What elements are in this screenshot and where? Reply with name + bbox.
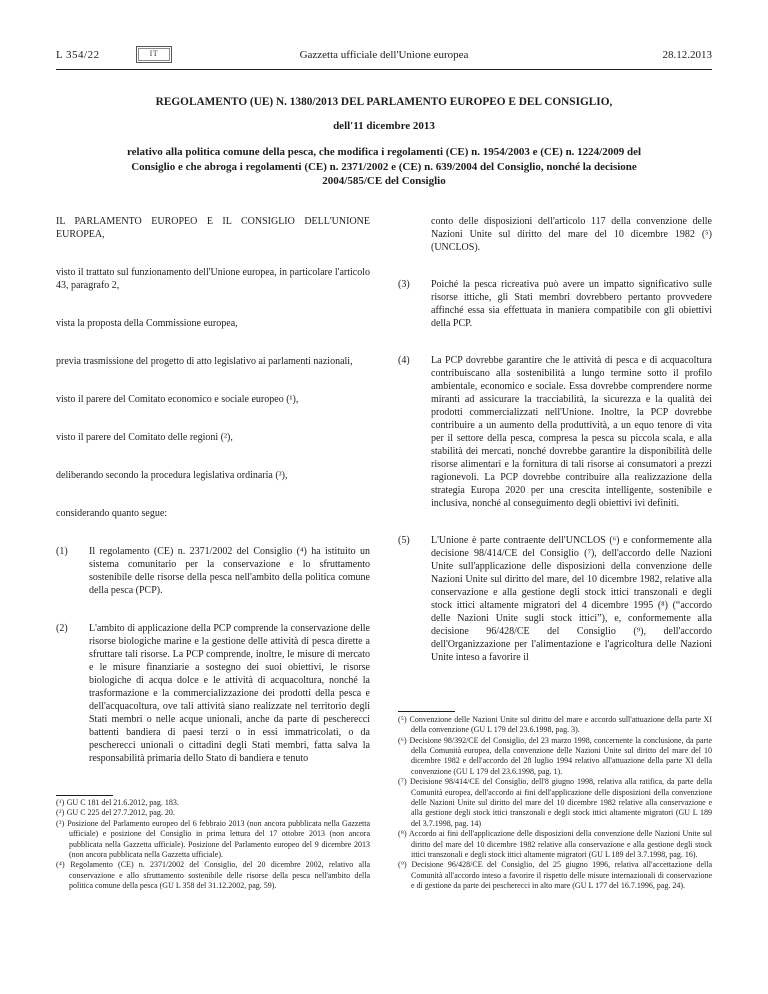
- page-header: L 354/22 IT Gazzetta ufficiale dell'Unio…: [56, 46, 712, 63]
- footnote-marker: (³): [56, 819, 65, 828]
- footnote-9: (⁹) Decisione 96/428/CE del Consiglio, d…: [398, 860, 712, 891]
- preamble-paragraph: IL PARLAMENTO EUROPEO E IL CONSIGLIO DEL…: [56, 215, 370, 241]
- recital-5: (5) L'Unione è parte contraente dell'UNC…: [398, 534, 712, 664]
- recital-number: (4): [398, 354, 431, 510]
- regulation-subject: relativo alla politica comune della pesc…: [56, 145, 712, 189]
- preamble-paragraph: visto il parere del Comitato delle regio…: [56, 431, 370, 444]
- footnote-5: (⁵) Convenzione delle Nazioni Unite sul …: [398, 715, 712, 736]
- recital-2: (2) L'ambito di applicazione della PCP c…: [56, 622, 370, 765]
- footnote-7: (⁷) Decisione 98/414/CE del Consiglio, d…: [398, 777, 712, 829]
- footnotes-left: (¹) GU C 181 del 21.6.2012, pag. 183. (²…: [56, 795, 370, 892]
- recital-3: (3) Poiché la pesca ricreativa può avere…: [398, 278, 712, 330]
- recital-text: Poiché la pesca ricreativa può avere un …: [431, 278, 712, 330]
- footnote-4: (⁴) Regolamento (CE) n. 2371/2002 del Co…: [56, 860, 370, 891]
- recital-text: La PCP dovrebbe garantire che le attivit…: [431, 354, 712, 510]
- recital-text: Il regolamento (CE) n. 2371/2002 del Con…: [89, 545, 370, 597]
- footnotes-right: (⁵) Convenzione delle Nazioni Unite sul …: [398, 711, 712, 891]
- issue-date: 28.12.2013: [663, 49, 713, 61]
- footnote-text: Decisione 98/392/CE del Consiglio, del 2…: [409, 736, 712, 776]
- preamble-paragraph: deliberando secondo la procedura legisla…: [56, 469, 370, 482]
- recital-2-continuation: conto delle disposizioni dell'articolo 1…: [398, 215, 712, 254]
- regulation-title: REGOLAMENTO (UE) N. 1380/2013 DEL PARLAM…: [56, 95, 712, 109]
- footnote-marker: (¹): [56, 798, 65, 807]
- regulation-date: dell'11 dicembre 2013: [56, 120, 712, 132]
- language-code: IT: [138, 48, 171, 61]
- footnote-8: (⁸) Accordo ai fini dell'applicazione de…: [398, 829, 712, 860]
- footnote-marker: (⁵): [398, 715, 407, 724]
- footnote-marker: (⁸): [398, 829, 407, 838]
- footnote-text: Regolamento (CE) n. 2371/2002 del Consig…: [69, 860, 370, 890]
- footnote-text: Decisione 98/414/CE del Consiglio, dell'…: [410, 777, 712, 828]
- preamble-paragraph: vista la proposta della Commissione euro…: [56, 317, 370, 330]
- recital-number: (2): [56, 622, 89, 765]
- preamble-paragraph: visto il parere del Comitato economico e…: [56, 393, 370, 406]
- footnote-6: (⁶) Decisione 98/392/CE del Consiglio, d…: [398, 736, 712, 778]
- preamble-paragraph: previa trasmissione del progetto di atto…: [56, 355, 370, 368]
- document-body: IL PARLAMENTO EUROPEO E IL CONSIGLIO DEL…: [56, 215, 712, 892]
- footnote-2: (²) GU C 225 del 27.7.2012, pag. 20.: [56, 808, 370, 818]
- footnote-marker: (⁹): [398, 860, 407, 869]
- recital-1: (1) Il regolamento (CE) n. 2371/2002 del…: [56, 545, 370, 597]
- column-right: conto delle disposizioni dell'articolo 1…: [398, 215, 712, 892]
- recital-text: L'Unione è parte contraente dell'UNCLOS …: [431, 534, 712, 664]
- footnote-3: (³) Posizione del Parlamento europeo del…: [56, 819, 370, 861]
- footnote-marker: (⁷): [398, 777, 407, 786]
- footnote-text: Convenzione delle Nazioni Unite sul diri…: [410, 715, 712, 734]
- recital-number: (3): [398, 278, 431, 330]
- footnote-separator: [56, 795, 113, 796]
- footnote-text: Decisione 96/428/CE del Consiglio, del 2…: [411, 860, 712, 890]
- footnote-separator: [398, 711, 455, 712]
- preamble-paragraph: visto il trattato sul funzionamento dell…: [56, 266, 370, 292]
- recital-4: (4) La PCP dovrebbe garantire che le att…: [398, 354, 712, 510]
- recital-text: L'ambito di applicazione della PCP compr…: [89, 622, 370, 765]
- recital-number: (5): [398, 534, 431, 664]
- title-block: REGOLAMENTO (UE) N. 1380/2013 DEL PARLAM…: [56, 95, 712, 189]
- footnote-marker: (⁴): [56, 860, 65, 869]
- footnote-1: (¹) GU C 181 del 21.6.2012, pag. 183.: [56, 798, 370, 808]
- footnote-text: Posizione del Parlamento europeo del 6 f…: [67, 819, 370, 859]
- footnote-text: GU C 181 del 21.6.2012, pag. 183.: [67, 798, 179, 807]
- column-left: IL PARLAMENTO EUROPEO E IL CONSIGLIO DEL…: [56, 215, 370, 892]
- footnote-text: Accordo ai fini dell'applicazione delle …: [409, 829, 712, 859]
- footnote-marker: (⁶): [398, 736, 407, 745]
- journal-page: L 354/22 IT Gazzetta ufficiale dell'Unio…: [0, 0, 768, 994]
- footnote-marker: (²): [56, 808, 65, 817]
- page-reference: L 354/22: [56, 49, 100, 61]
- language-box: IT: [136, 46, 173, 63]
- preamble-paragraph: considerando quanto segue:: [56, 507, 370, 520]
- footnote-text: GU C 225 del 27.7.2012, pag. 20.: [67, 808, 175, 817]
- recital-number: (1): [56, 545, 89, 597]
- header-rule: [56, 69, 712, 70]
